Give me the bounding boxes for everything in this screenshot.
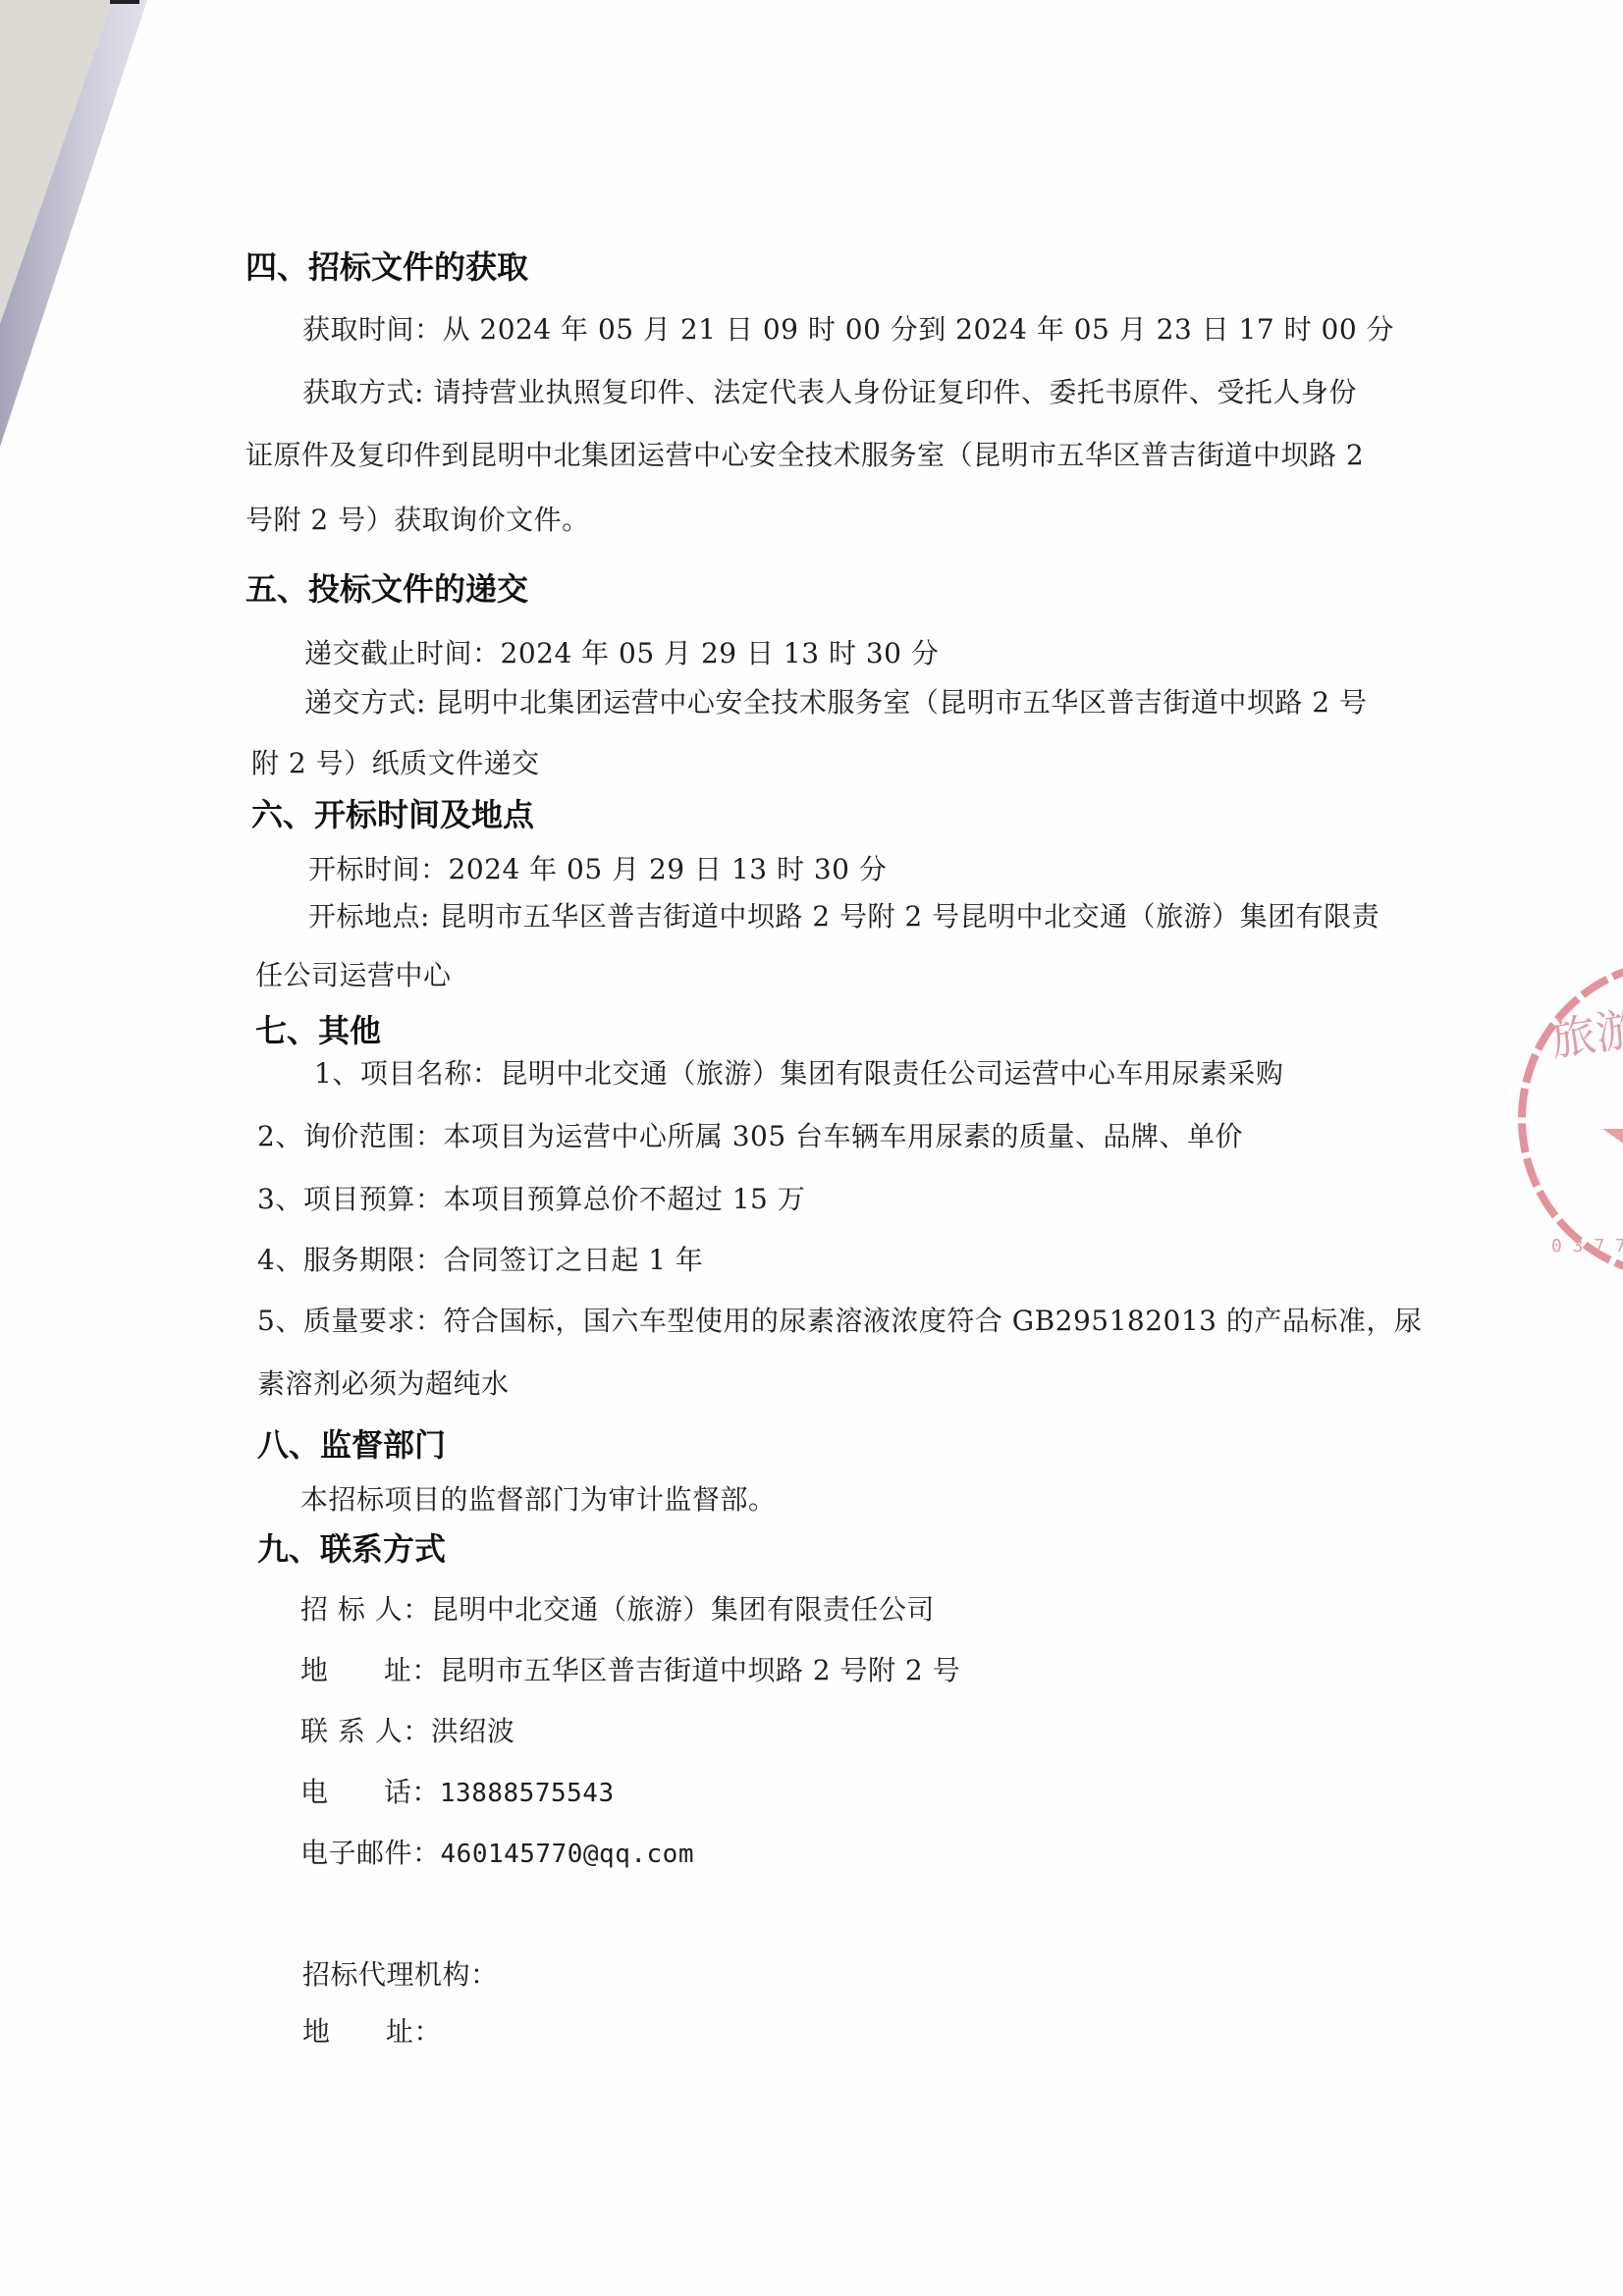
opening-time: 开标时间：2024 年 05 月 29 日 13 时 30 分 (308, 852, 887, 887)
contact-label: 电 话： (300, 1776, 440, 1808)
other-item-1: 1、项目名称：昆明中北交通（旅游）集团有限责任公司运营中心车用尿素采购 (314, 1056, 1283, 1092)
acquisition-method-line-1: 获取方式: 请持营业执照复印件、法定代表人身份证复印件、委托书原件、受托人身份 (302, 375, 1357, 410)
acquisition-method-line-3: 号附 2 号）获取询价文件。 (245, 503, 590, 538)
acquisition-method-line-2: 证原件及复印件到昆明中北集团运营中心安全技术服务室（昆明市五华区普吉街道中坝路 … (245, 438, 1364, 473)
contact-label: 联 系 人： (300, 1715, 431, 1747)
company-seal-stamp: 旅游 0 3 7 7 3 (1512, 942, 1623, 1296)
contact-label: 电子邮件： (300, 1837, 441, 1869)
contact-row-email: 电子邮件：460145770@qq.com (300, 1836, 694, 1872)
contact-row-address: 地 址：昆明市五华区普吉街道中坝路 2 号附 2 号 (300, 1653, 960, 1688)
contact-value: 昆明中北交通（旅游）集团有限责任公司 (431, 1593, 935, 1626)
submission-deadline: 递交截止时间：2024 年 05 月 29 日 13 时 30 分 (304, 636, 939, 671)
contact-row-tenderer: 招 标 人：昆明中北交通（旅游）集团有限责任公司 (300, 1592, 935, 1628)
acquisition-time: 获取时间：从 2024 年 05 月 21 日 09 时 00 分到 2024 … (302, 312, 1394, 347)
submission-method-line-2: 附 2 号）纸质文件递交 (251, 746, 540, 781)
agency-name-label: 招标代理机构： (302, 1957, 499, 1993)
contact-value: 昆明市五华区普吉街道中坝路 2 号附 2 号 (440, 1654, 960, 1686)
contact-value: 13888575543 (440, 1779, 615, 1808)
section-heading-9: 九、联系方式 (257, 1529, 446, 1569)
section-heading-8: 八、监督部门 (257, 1425, 446, 1465)
scanned-page: 四、招标文件的获取 获取时间：从 2024 年 05 月 21 日 09 时 0… (0, 0, 1623, 2296)
other-item-5: 5、质量要求：符合国标，国六车型使用的尿素溶液浓度符合 GB295182013 … (257, 1304, 1422, 1339)
scan-corner-shadow (0, 0, 157, 452)
section-heading-4: 四、招标文件的获取 (245, 247, 528, 287)
contact-email-link[interactable]: 460145770@qq.com (441, 1840, 694, 1869)
other-item-2: 2、询价范围：本项目为运营中心所属 305 台车辆车用尿素的质量、品牌、单价 (257, 1119, 1243, 1154)
other-item-4: 4、服务期限：合同签订之日起 1 年 (257, 1243, 703, 1278)
other-item-5-cont: 素溶剂必须为超纯水 (257, 1366, 510, 1402)
supervision-text: 本招标项目的监督部门为审计监督部。 (300, 1482, 777, 1518)
contact-label: 地 址： (300, 1654, 440, 1686)
section-heading-7: 七、其他 (255, 1011, 381, 1050)
contact-row-phone: 电 话：13888575543 (300, 1775, 615, 1811)
contact-row-person: 联 系 人：洪绍波 (300, 1714, 514, 1749)
submission-method-line-1: 递交方式: 昆明中北集团运营中心安全技术服务室（昆明市五华区普吉街道中坝路 2 … (304, 685, 1367, 721)
agency-address-label: 地 址： (302, 2014, 442, 2050)
section-heading-6: 六、开标时间及地点 (251, 795, 534, 834)
contact-label: 招 标 人： (300, 1593, 431, 1626)
section-heading-5: 五、投标文件的递交 (245, 569, 528, 609)
other-item-3: 3、项目预算：本项目预算总价不超过 15 万 (257, 1182, 805, 1217)
opening-place-line-2: 任公司运营中心 (255, 958, 452, 993)
opening-place-line-1: 开标地点: 昆明市五华区普吉街道中坝路 2 号附 2 号昆明中北交通（旅游）集团… (308, 899, 1380, 934)
svg-text:旅游: 旅游 (1547, 1001, 1623, 1066)
svg-text:0 3 7 7 3: 0 3 7 7 3 (1551, 1236, 1623, 1256)
contact-value: 洪绍波 (431, 1715, 515, 1747)
